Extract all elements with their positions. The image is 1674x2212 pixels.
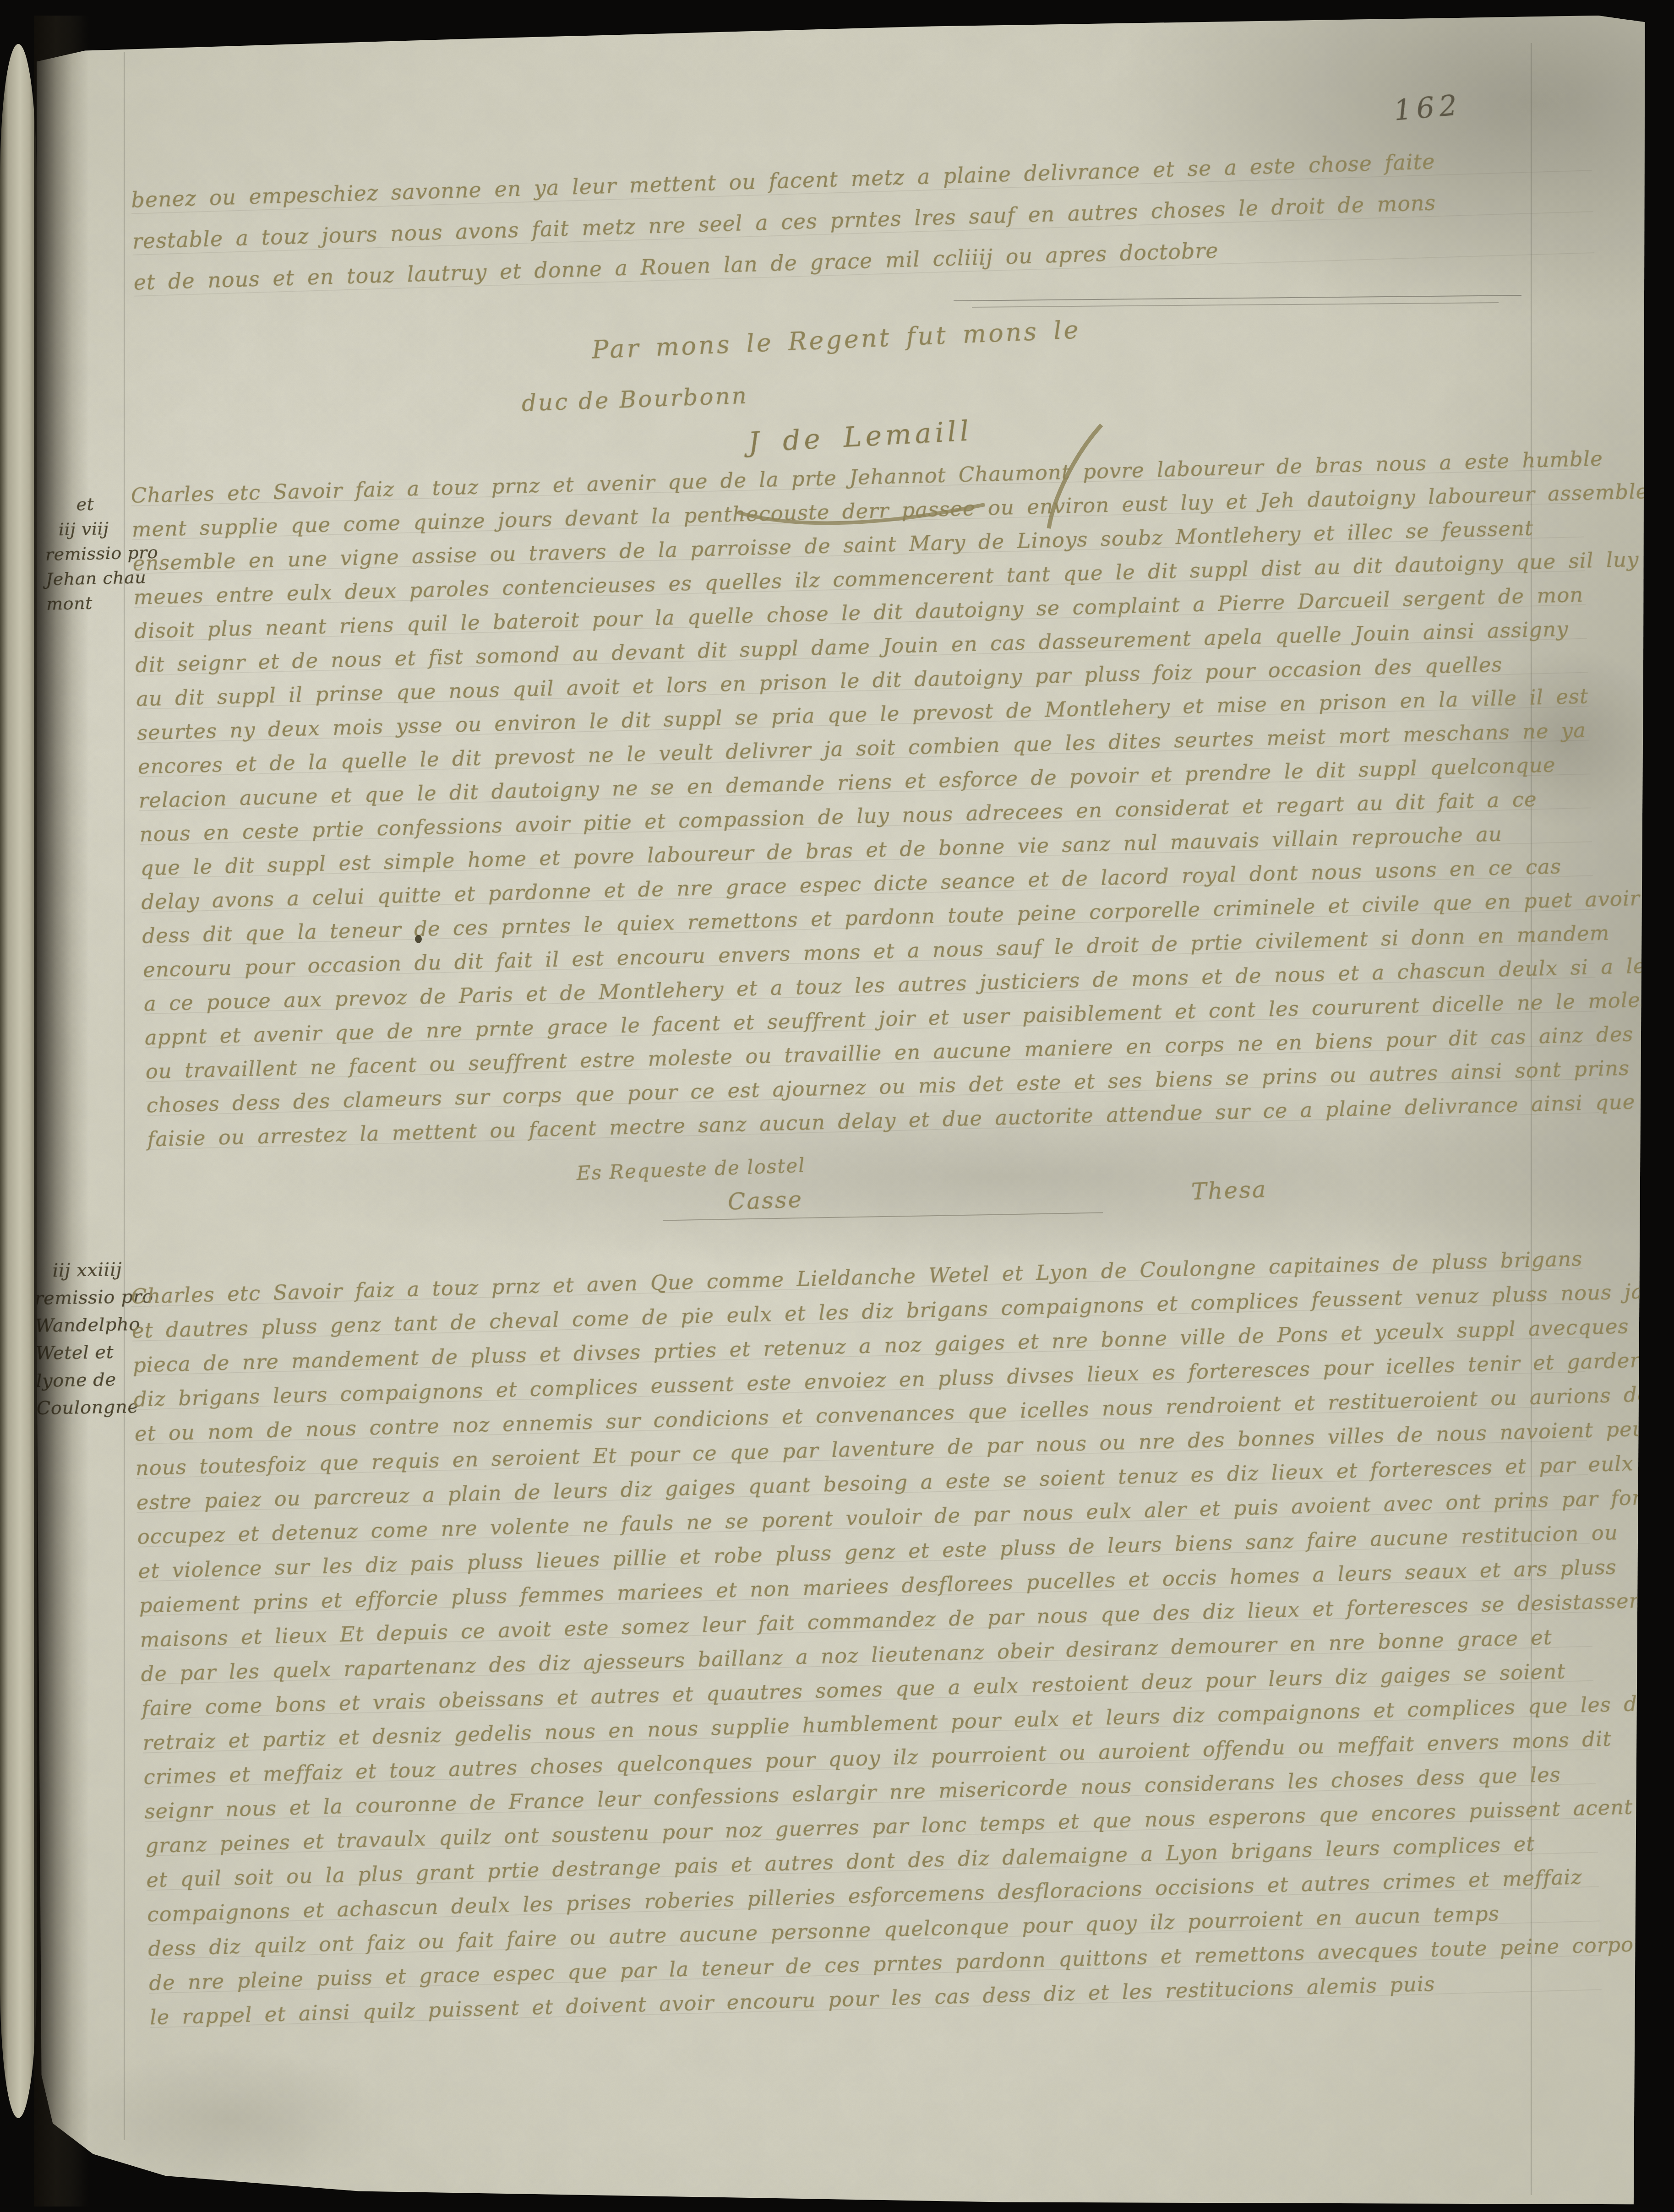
closing-fragment: benez ou empeschiez savonne en ya leur m… [131, 136, 1595, 303]
parchment-page: 162 benez ou empeschiez savonne en ya le… [37, 16, 1647, 2207]
remission-entry-2: Charles etc Savoir faiz a touz prnz et a… [131, 1241, 1602, 2034]
ink-blot [415, 935, 422, 943]
registration-heading-line-1: Par mons le Regent fut mons le [579, 315, 1093, 365]
docket-request-note: Es Requeste de lostel [576, 1154, 806, 1185]
docket-casse-note: Casse [727, 1186, 803, 1215]
previous-leaf-edge [0, 44, 37, 2118]
scratch-mark [972, 302, 1499, 308]
docket-thesa-note: Thesa [1191, 1176, 1268, 1205]
manuscript-photo: 162 benez ou empeschiez savonne en ya le… [0, 0, 1674, 2212]
scratch-mark [954, 295, 1521, 301]
registration-heading-line-2: duc de Bourbonn [521, 382, 749, 417]
left-margin-ruling [124, 52, 125, 2140]
remission-entry-1: Charles etc Savoir faiz a touz prnz et a… [131, 442, 1599, 1157]
folio-number: 162 [1392, 88, 1463, 127]
